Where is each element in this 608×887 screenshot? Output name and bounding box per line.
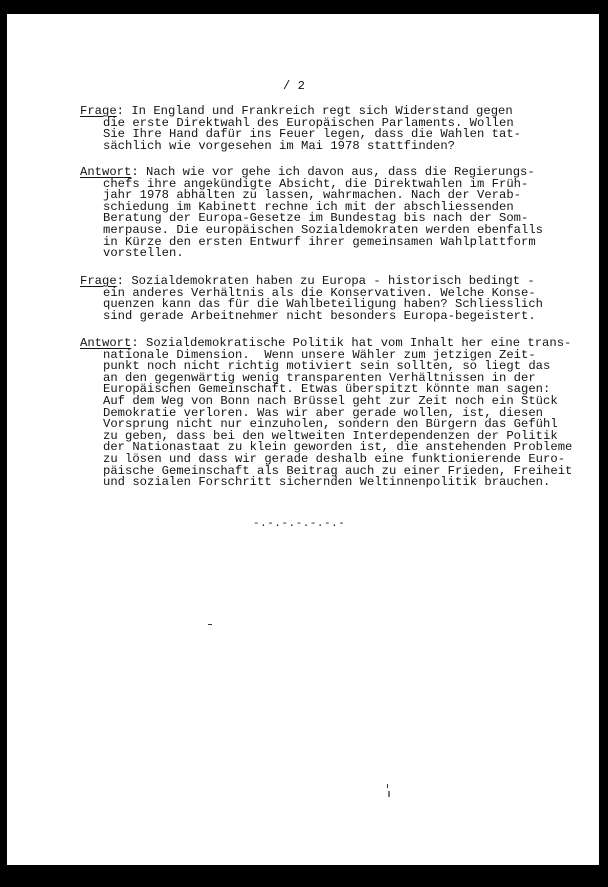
question-1: Frage: In England und Frankreich regt si… <box>80 106 521 152</box>
page-number: / 2 <box>283 79 305 93</box>
text-line: sächlich wie vorgesehen im Mai 1978 stat… <box>80 141 521 153</box>
question-2: Frage: Sozialdemokraten haben zu Europa … <box>80 276 543 322</box>
scan-speck <box>387 784 388 788</box>
scan-speck <box>388 791 390 797</box>
answer-1: Antwort: Nach wie vor gehe ich davon aus… <box>80 167 543 260</box>
answer-2: Antwort: Sozialdemokratische Politik hat… <box>80 338 572 489</box>
end-separator: -.-.-.-.-.-.- <box>253 518 345 530</box>
text-line: vorstellen. <box>80 248 543 260</box>
scan-speck <box>208 624 212 625</box>
text-line: sind gerade Arbeitnehmer nicht besonders… <box>80 311 543 323</box>
text-line: und sozialen Forschritt sichernden Welti… <box>80 477 572 489</box>
